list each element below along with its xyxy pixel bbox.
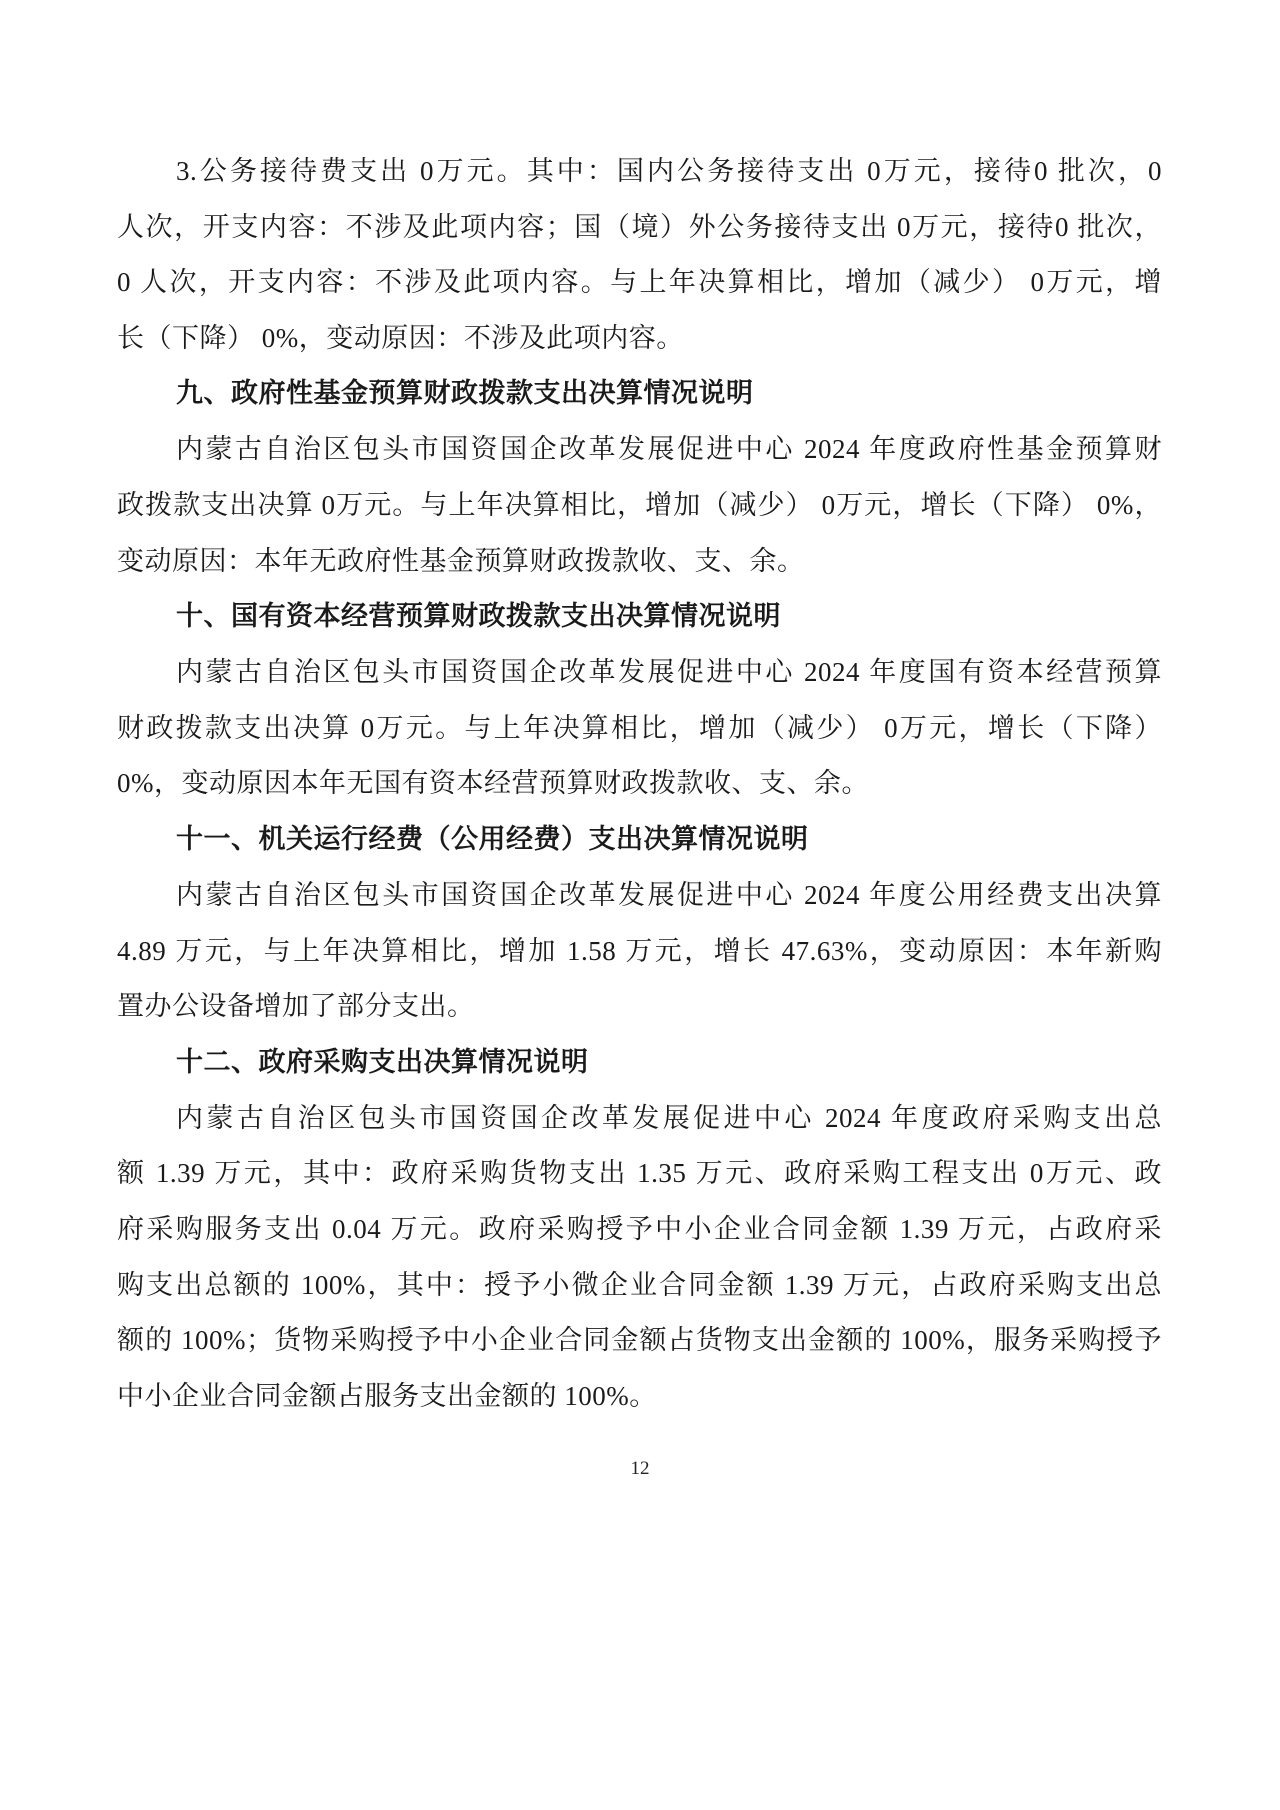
text-line: 长（下降） 0%，变动原因：不涉及此项内容。: [117, 311, 1162, 367]
paragraph-operating-expenses: 内蒙古自治区包头市国资国企改革发展促进中心 2024 年度公用经费支出决算 4.…: [117, 868, 1162, 1035]
text-line: 中小企业合同金额占服务支出金额的 100%。: [117, 1369, 1162, 1425]
text-line: 府采购服务支出 0.04 万元。政府采购授予中小企业合同金额 1.39 万元，占…: [117, 1202, 1162, 1258]
text-line: 变动原因：本年无政府性基金预算财政拨款收、支、余。: [117, 534, 1162, 590]
section-heading-11: 十一、机关运行经费（公用经费）支出决算情况说明: [117, 812, 1162, 868]
paragraph-government-fund-budget: 内蒙古自治区包头市国资国企改革发展促进中心 2024 年度政府性基金预算财 政拨…: [117, 422, 1162, 589]
text-line: 内蒙古自治区包头市国资国企改革发展促进中心 2024 年度国有资本经营预算: [117, 645, 1162, 701]
paragraph-government-procurement: 内蒙古自治区包头市国资国企改革发展促进中心 2024 年度政府采购支出总 额 1…: [117, 1091, 1162, 1425]
section-heading-12: 十二、政府采购支出决算情况说明: [117, 1035, 1162, 1091]
section-heading-10: 十、国有资本经营预算财政拨款支出决算情况说明: [117, 589, 1162, 645]
section-heading-9: 九、政府性基金预算财政拨款支出决算情况说明: [117, 366, 1162, 422]
text-line: 置办公设备增加了部分支出。: [117, 979, 1162, 1035]
text-line: 0 人次，开支内容：不涉及此项内容。与上年决算相比，增加（减少） 0万元，增: [117, 255, 1162, 311]
text-line: 额的 100%；货物采购授予中小企业合同金额占货物支出金额的 100%，服务采购…: [117, 1313, 1162, 1369]
text-line: 3.公务接待费支出 0万元。其中：国内公务接待支出 0万元，接待0 批次，0: [117, 144, 1162, 200]
text-line: 内蒙古自治区包头市国资国企改革发展促进中心 2024 年度公用经费支出决算: [117, 868, 1162, 924]
text-line: 内蒙古自治区包头市国资国企改革发展促进中心 2024 年度政府采购支出总: [117, 1091, 1162, 1147]
text-line: 0%，变动原因本年无国有资本经营预算财政拨款收、支、余。: [117, 756, 1162, 812]
page-number: 12: [0, 1458, 1280, 1480]
document-page: 3.公务接待费支出 0万元。其中：国内公务接待支出 0万元，接待0 批次，0 人…: [0, 0, 1280, 1810]
text-line: 购支出总额的 100%，其中：授予小微企业合同金额 1.39 万元，占政府采购支…: [117, 1258, 1162, 1314]
page-body: 3.公务接待费支出 0万元。其中：国内公务接待支出 0万元，接待0 批次，0 人…: [117, 144, 1162, 1424]
text-line: 财政拨款支出决算 0万元。与上年决算相比，增加（减少） 0万元，增长（下降）: [117, 701, 1162, 757]
text-line: 额 1.39 万元，其中：政府采购货物支出 1.35 万元、政府采购工程支出 0…: [117, 1146, 1162, 1202]
text-line: 政拨款支出决算 0万元。与上年决算相比，增加（减少） 0万元，增长（下降） 0%…: [117, 478, 1162, 534]
text-line: 人次，开支内容：不涉及此项内容；国（境）外公务接待支出 0万元，接待0 批次，: [117, 200, 1162, 256]
paragraph-state-capital-budget: 内蒙古自治区包头市国资国企改革发展促进中心 2024 年度国有资本经营预算 财政…: [117, 645, 1162, 812]
text-line: 内蒙古自治区包头市国资国企改革发展促进中心 2024 年度政府性基金预算财: [117, 422, 1162, 478]
text-line: 4.89 万元，与上年决算相比，增加 1.58 万元，增长 47.63%，变动原…: [117, 924, 1162, 980]
paragraph-reception-expenses: 3.公务接待费支出 0万元。其中：国内公务接待支出 0万元，接待0 批次，0 人…: [117, 144, 1162, 366]
